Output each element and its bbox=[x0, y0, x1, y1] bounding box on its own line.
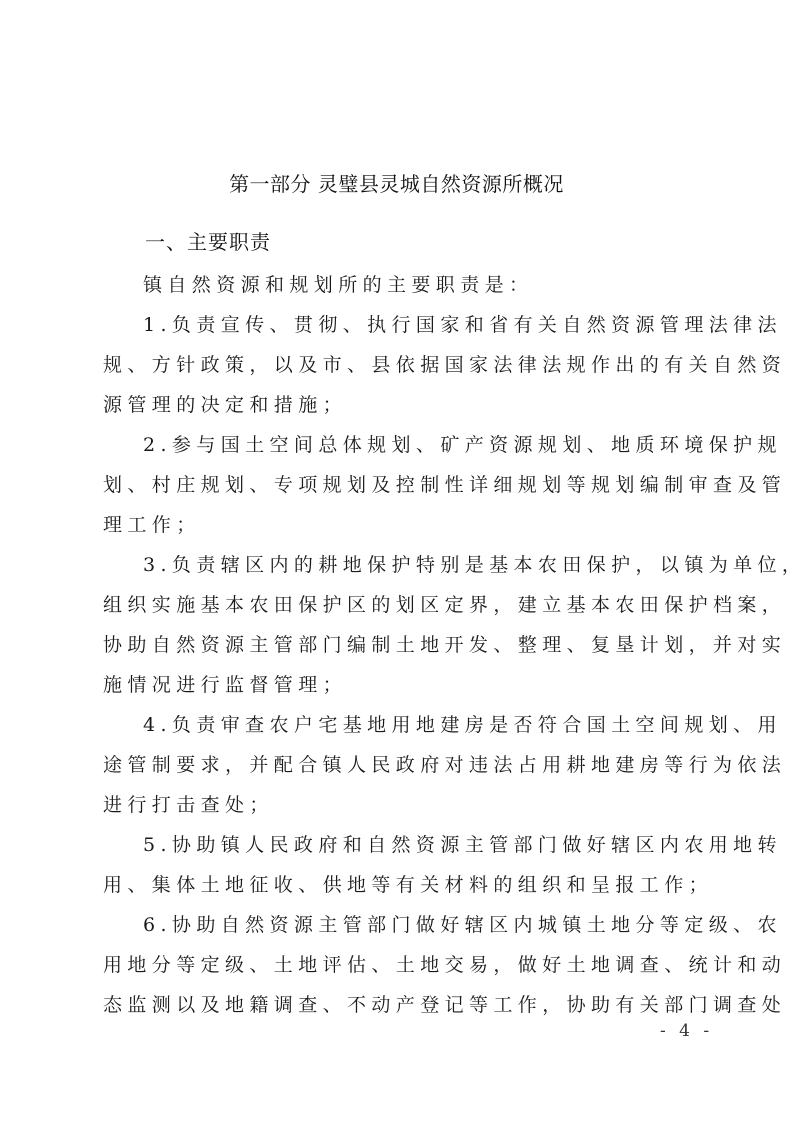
duty-3-line-2: 组织实施基本农田保护区的划区定界，建立基本农田保护档案， bbox=[103, 585, 703, 625]
duty-4-line-1: 4.负责审查农户宅基地用地建房是否符合国土空间规划、用 bbox=[103, 705, 703, 745]
duty-3-line-1: 3.负责辖区内的耕地保护特别是基本农田保护，以镇为单位， bbox=[103, 545, 703, 585]
duty-4-line-3: 进行打击查处； bbox=[103, 785, 703, 825]
document-page: 第一部分 灵璧县灵城自然资源所概况 一、主要职责 镇自然资源和规划所的主要职责是… bbox=[0, 0, 793, 1122]
body-text: 镇自然资源和规划所的主要职责是： 1.负责宣传、贯彻、执行国家和省有关自然资源管… bbox=[103, 265, 703, 1025]
duty-1-line-1: 1.负责宣传、贯彻、执行国家和省有关自然资源管理法律法 bbox=[103, 305, 703, 345]
duty-6-line-3: 态监测以及地籍调查、不动产登记等工作，协助有关部门调查处 bbox=[103, 985, 703, 1025]
duty-1-line-3: 源管理的决定和措施； bbox=[103, 385, 703, 425]
duty-2-line-3: 理工作； bbox=[103, 505, 703, 545]
page-number: - 4 - bbox=[660, 1020, 713, 1042]
duty-5-line-2: 用、集体土地征收、供地等有关材料的组织和呈报工作； bbox=[103, 865, 703, 905]
duty-3-line-3: 协助自然资源主管部门编制土地开发、整理、复垦计划，并对实 bbox=[103, 625, 703, 665]
section-heading: 一、主要职责 bbox=[145, 228, 271, 256]
duty-1-line-2: 规、方针政策，以及市、县依据国家法律法规作出的有关自然资 bbox=[103, 345, 703, 385]
duty-2-line-1: 2.参与国土空间总体规划、矿产资源规划、地质环境保护规 bbox=[103, 425, 703, 465]
duty-2-line-2: 划、村庄规划、专项规划及控制性详细规划等规划编制审查及管 bbox=[103, 465, 703, 505]
intro-line: 镇自然资源和规划所的主要职责是： bbox=[103, 265, 703, 305]
part-title: 第一部分 灵璧县灵城自然资源所概况 bbox=[0, 170, 793, 198]
duty-3-line-4: 施情况进行监督管理； bbox=[103, 665, 703, 705]
duty-6-line-1: 6.协助自然资源主管部门做好辖区内城镇土地分等定级、农 bbox=[103, 905, 703, 945]
duty-4-line-2: 途管制要求，并配合镇人民政府对违法占用耕地建房等行为依法 bbox=[103, 745, 703, 785]
duty-6-line-2: 用地分等定级、土地评估、土地交易，做好土地调查、统计和动 bbox=[103, 945, 703, 985]
duty-5-line-1: 5.协助镇人民政府和自然资源主管部门做好辖区内农用地转 bbox=[103, 825, 703, 865]
